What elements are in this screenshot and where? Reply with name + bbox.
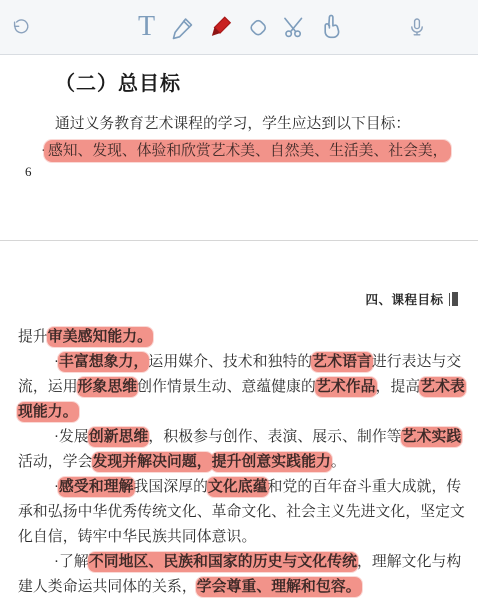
text-segment: 流，运用 <box>18 379 78 395</box>
text-segment: ，积极参与创作、表演、展示、制作等 <box>148 429 401 445</box>
highlighted-text: 现能力。 <box>17 402 79 422</box>
text-segment: ，提高 <box>376 379 421 395</box>
highlighted-text: 审美感知能力。 <box>47 327 153 347</box>
highlighted-text: 艺术语言 <box>311 352 373 372</box>
chapter-header-bars-icon <box>449 292 459 306</box>
text-tool-button[interactable]: T <box>132 10 162 44</box>
text-segment: 活动，学会 <box>18 454 93 470</box>
text-segment: ·了解 <box>54 554 89 570</box>
highlighter-icon <box>207 13 235 41</box>
text-line: 化自信，铸牢中华民族共同体意识。 <box>18 525 468 550</box>
text-segment: 化自信，铸牢中华民族共同体意识。 <box>18 529 256 545</box>
highlighted-text: 丰富想象力， <box>58 352 149 372</box>
hand-tool-button[interactable] <box>317 10 347 44</box>
annotation-toolbar: T <box>0 0 478 55</box>
pen-tool-button[interactable] <box>169 10 199 44</box>
chapter-header: 四、课程目标 <box>365 290 458 308</box>
scissors-tool-button[interactable] <box>280 10 310 44</box>
text-segment: 进行表达与交 <box>372 354 461 370</box>
text-segment: 。 <box>331 454 346 470</box>
text-line: 流，运用形象思维创作情景生动、意蕴健康的艺术作品，提高艺术表 <box>18 375 468 400</box>
text-segment: 建人类命运共同体的关系， <box>18 579 197 595</box>
text-segment: 我国深厚的 <box>134 479 209 495</box>
text-line: ·发展创新思维，积极参与创作、表演、展示、制作等艺术实践 <box>18 425 468 450</box>
text-segment: 承和弘扬中华优秀传统文化、革命文化、社会主义先进文化，坚定文 <box>18 504 465 520</box>
text-line: ·感受和理解我国深厚的文化底蕴和党的百年奋斗重大成就，传 <box>18 475 468 500</box>
page-number: 6 <box>25 164 32 180</box>
text-segment: 和党的百年奋斗重大成就，传 <box>268 479 462 495</box>
highlighted-text: 艺术实践 <box>401 427 463 447</box>
text-line: 承和弘扬中华优秀传统文化、革命文化、社会主义先进文化，坚定文 <box>18 500 468 525</box>
text-segment: 运用媒介、技术和独特的 <box>148 354 312 370</box>
intro-paragraph: 通过义务教育艺术课程的学习，学生应达到以下目标： <box>55 112 410 133</box>
text-line: 活动，学会发现并解决问题，提升创意实践能力。 <box>18 450 468 475</box>
highlighted-text: 艺术作品 <box>315 377 377 397</box>
chapter-header-label: 四、课程目标 <box>365 290 443 308</box>
section-heading: （二）总目标 <box>55 67 181 96</box>
text-icon: T <box>138 13 155 41</box>
page1-bullet-line: ·感知、发现、体验和欣赏艺术美、自然美、生活美、社会美， <box>41 139 449 160</box>
document-scroll-area[interactable]: （二）总目标 通过义务教育艺术课程的学习，学生应达到以下目标： ·感知、发现、体… <box>0 55 478 600</box>
text-line: 现能力。 <box>18 400 468 425</box>
page2-body: 提升审美感知能力。·丰富想象力，运用媒介、技术和独特的艺术语言进行表达与交流，运… <box>18 325 468 600</box>
highlighted-text: 感知、发现、体验和欣赏艺术美、自然美、生活美、社会美， <box>44 140 452 162</box>
document-page-1[interactable]: （二）总目标 通过义务教育艺术课程的学习，学生应达到以下目标： ·感知、发现、体… <box>0 55 478 240</box>
scissors-icon <box>281 13 309 41</box>
text-line: ·丰富想象力，运用媒介、技术和独特的艺术语言进行表达与交 <box>18 350 468 375</box>
highlighted-text: 不同地区、民族和国家的历史与文化传统 <box>88 552 358 572</box>
highlighted-text: 提升创意实践能力 <box>211 452 332 472</box>
eraser-tool-button[interactable] <box>243 10 273 44</box>
eraser-icon <box>244 13 272 41</box>
highlighted-text: 创新思维 <box>88 427 150 447</box>
highlighter-tool-button[interactable] <box>206 10 236 44</box>
microphone-button[interactable] <box>402 11 432 45</box>
highlighted-text: 学会尊重、理解和包容。 <box>196 577 362 597</box>
document-page-2[interactable]: 四、课程目标 提升审美感知能力。·丰富想象力，运用媒介、技术和独特的艺术语言进行… <box>0 241 478 600</box>
hand-pointer-icon <box>318 13 346 41</box>
undo-button[interactable] <box>8 12 34 46</box>
highlighted-text: 文化底蕴 <box>207 477 269 497</box>
tool-group: T <box>132 10 347 44</box>
highlighted-text: 艺术表 <box>419 377 466 397</box>
highlighted-text: 发现并解决问题， <box>92 452 213 472</box>
highlighted-text: 形象思维 <box>77 377 139 397</box>
microphone-icon <box>405 16 429 40</box>
text-line: ·了解不同地区、民族和国家的历史与文化传统，理解文化与构 <box>18 550 468 575</box>
text-line: 提升审美感知能力。 <box>18 325 468 350</box>
text-line: 建人类命运共同体的关系，学会尊重、理解和包容。 <box>18 575 468 600</box>
pen-icon <box>170 13 198 41</box>
highlighted-text: 感受和理解 <box>58 477 135 497</box>
text-segment: ，理解文化与构 <box>357 554 461 570</box>
text-segment: 创作情景生动、意蕴健康的 <box>137 379 316 395</box>
undo-icon <box>10 18 32 40</box>
text-segment: 提升 <box>18 329 48 345</box>
text-segment: ·发展 <box>54 429 89 445</box>
